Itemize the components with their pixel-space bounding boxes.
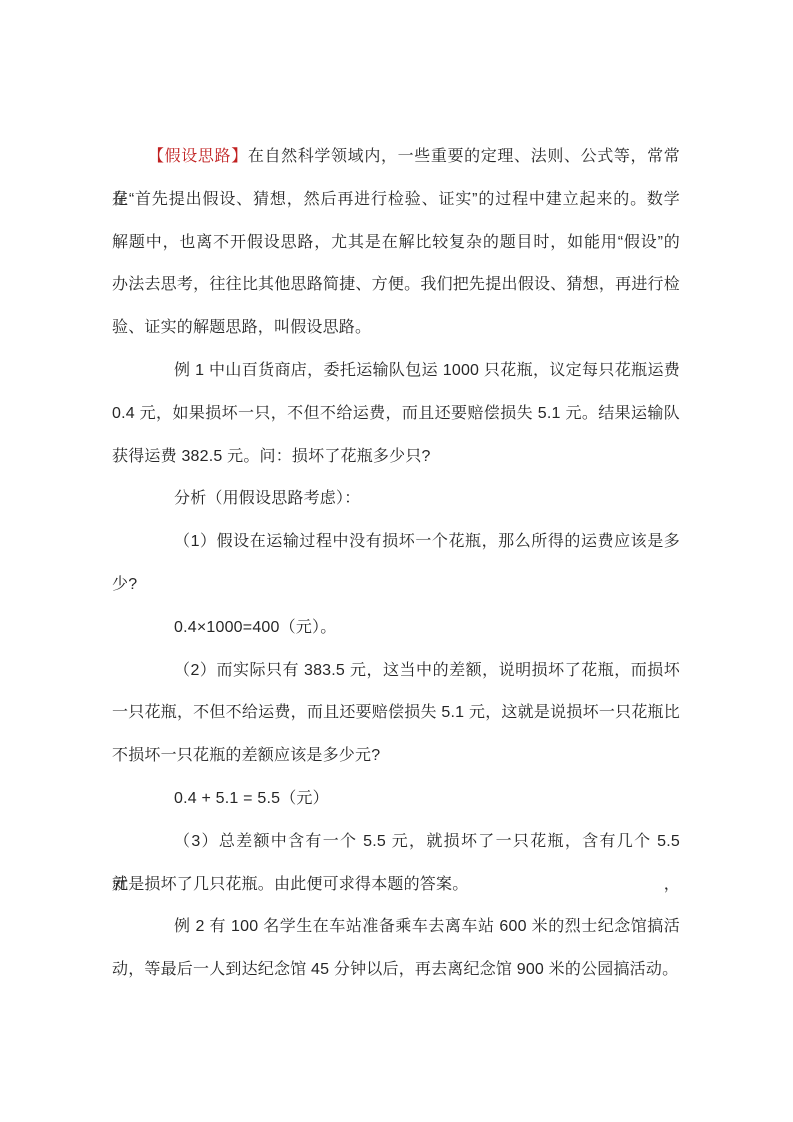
text-line: 0.4 元，如果损坏一只，不但不给运费，而且还要赔偿损失 5.1 元。结果运输队 [112, 393, 680, 436]
text-segment: 分析（用假设思路考虑）： [174, 490, 360, 507]
text-line: 分析（用假设思路考虑）： [112, 478, 680, 521]
text-segment: （2）而实际只有 383.5 元，这当中的差额，说明损坏了花瓶，而损坏 [174, 662, 680, 679]
text-line: 办法去思考，往往比其他思路简捷、方便。我们把先提出假设、猜想，再进行检 [112, 264, 680, 307]
text-line: 获得运费 382.5 元。问：损坏了花瓶多少只? [112, 436, 680, 479]
text-segment: 办法去思考，往往比其他思路简捷、方便。我们把先提出假设、猜想，再进行检 [112, 276, 680, 293]
text-line: （3）总差额中含有一个 5.5 元，就损坏了一只花瓶，含有几个 5.5 元， [112, 821, 680, 864]
text-segment: 0.4 + 5.1 = 5.5（元） [174, 790, 329, 807]
text-segment: 就是损坏了几只花瓶。由此便可求得本题的答案。 [112, 876, 468, 893]
section-label: 【假设思路】 [148, 148, 248, 165]
text-line: 少? [112, 564, 680, 607]
text-segment: 0.4 元，如果损坏一只，不但不给运费，而且还要赔偿损失 5.1 元。结果运输队 [112, 405, 680, 422]
text-segment: 验、证实的解题思路，叫假设思路。 [112, 319, 371, 336]
text-segment: 例 2 有 100 名学生在车站准备乘车去离车站 600 米的烈士纪念馆搞活 [174, 918, 680, 935]
text-line: （2）而实际只有 383.5 元，这当中的差额，说明损坏了花瓶，而损坏 [112, 650, 680, 693]
text-segment: 0.4×1000=400（元）。 [174, 619, 336, 636]
text-line: 在“首先提出假设、猜想，然后再进行检验、证实”的过程中建立起来的。数学 [112, 179, 680, 222]
text-line: 例 1 中山百货商店，委托运输队包运 1000 只花瓶，议定每只花瓶运费 [112, 350, 680, 393]
text-segment: 动，等最后一人到达纪念馆 45 分钟以后，再去离纪念馆 900 米的公园搞活动。 [112, 961, 678, 978]
text-line: 0.4 + 5.1 = 5.5（元） [112, 778, 680, 821]
text-segment: （1）假设在运输过程中没有损坏一个花瓶，那么所得的运费应该是多 [174, 533, 680, 550]
text-segment: 解题中，也离不开假设思路，尤其是在解比较复杂的题目时，如能用“假设”的 [112, 234, 680, 251]
text-line: 解题中，也离不开假设思路，尤其是在解比较复杂的题目时，如能用“假设”的 [112, 222, 680, 265]
text-line: （1）假设在运输过程中没有损坏一个花瓶，那么所得的运费应该是多 [112, 521, 680, 564]
text-line: 【假设思路】在自然科学领域内，一些重要的定理、法则、公式等，常常是 [112, 136, 680, 179]
text-line: 动，等最后一人到达纪念馆 45 分钟以后，再去离纪念馆 900 米的公园搞活动。 [112, 949, 680, 992]
document-body: 【假设思路】在自然科学领域内，一些重要的定理、法则、公式等，常常是在“首先提出假… [112, 136, 680, 992]
text-line: 0.4×1000=400（元）。 [112, 607, 680, 650]
text-segment: 获得运费 382.5 元。问：损坏了花瓶多少只? [112, 448, 431, 465]
text-segment: 在“首先提出假设、猜想，然后再进行检验、证实”的过程中建立起来的。数学 [112, 191, 680, 208]
text-segment: 一只花瓶，不但不给运费，而且还要赔偿损失 5.1 元，这就是说损坏一只花瓶比 [112, 704, 680, 721]
text-line: 不损坏一只花瓶的差额应该是多少元? [112, 735, 680, 778]
text-segment: 少? [112, 576, 137, 593]
text-segment: 例 1 中山百货商店，委托运输队包运 1000 只花瓶，议定每只花瓶运费 [174, 362, 680, 379]
text-segment: 不损坏一只花瓶的差额应该是多少元? [112, 747, 380, 764]
text-line: 一只花瓶，不但不给运费，而且还要赔偿损失 5.1 元，这就是说损坏一只花瓶比 [112, 692, 680, 735]
text-line: 例 2 有 100 名学生在车站准备乘车去离车站 600 米的烈士纪念馆搞活 [112, 906, 680, 949]
document-page: 【假设思路】在自然科学领域内，一些重要的定理、法则、公式等，常常是在“首先提出假… [0, 0, 793, 1122]
text-line: 验、证实的解题思路，叫假设思路。 [112, 307, 680, 350]
